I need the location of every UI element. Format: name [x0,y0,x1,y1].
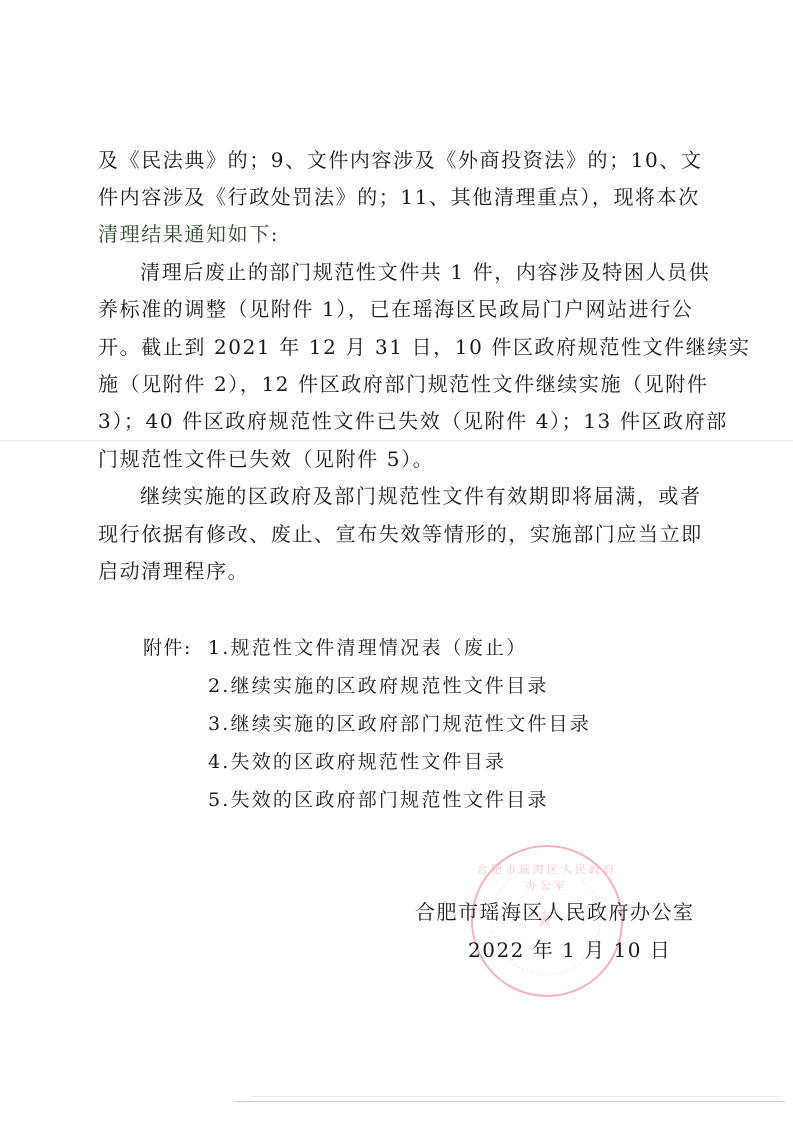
paragraph-1-line: 施（见附件 2），12 件区政府部门规范性文件继续实施（见附件 [98,372,688,396]
attachments-label: 附件: [143,636,192,660]
paragraph-2-line: 启动清理程序。 [98,559,688,583]
paragraph-1-line: 门规范性文件已失效（见附件 5）。 [98,447,688,471]
text-line: 及《民法典》的；9、文件内容涉及《外商投资法》的；10、文 [98,148,688,172]
issue-date: 2022 年 1 月 10 日 [468,938,671,962]
paragraph-1-line: 3）；40 件区政府规范性文件已失效（见附件 4）；13 件区政府部 [98,409,688,433]
attachment-item: 1.规范性文件清理情况表（废止） [208,636,527,660]
text-line: 清理结果通知如下: [98,222,688,246]
attachment-item: 3.继续实施的区政府部门规范性文件目录 [208,712,591,736]
attachment-item: 4.失效的区政府规范性文件目录 [208,750,506,774]
attachment-item: 5.失效的区政府部门规范性文件目录 [208,788,549,812]
scan-artifact-line [0,440,793,442]
document-page: 及《民法典》的；9、文件内容涉及《外商投资法》的；10、文 件内容涉及《行政处罚… [0,0,793,1121]
text-line: 件内容涉及《行政处罚法》的；11、其他清理重点），现将本次 [98,185,688,209]
issuer-name: 合肥市瑶海区人民政府办公室 [415,900,695,924]
paragraph-1-line: 清理后废止的部门规范性文件共 1 件，内容涉及特困人员供 [140,260,688,284]
scan-artifact-rule [235,1101,785,1102]
paragraph-2-line: 继续实施的区政府及部门规范性文件有效期即将届满，或者 [140,484,688,508]
paragraph-1-line: 开。截止到 2021 年 12 月 31 日，10 件区政府规范性文件继续实 [98,335,688,359]
scan-artifact-rule [250,1096,780,1097]
paragraph-1-line: 养标准的调整（见附件 1），已在瑶海区民政局门户网站进行公 [98,297,688,321]
attachment-item: 2.继续实施的区政府规范性文件目录 [208,674,549,698]
paragraph-2-line: 现行依据有修改、废止、宣布失效等情形的，实施部门应当立即 [98,522,688,546]
seal-text: 合肥市瑶海区人民政府办公室 [473,861,621,893]
